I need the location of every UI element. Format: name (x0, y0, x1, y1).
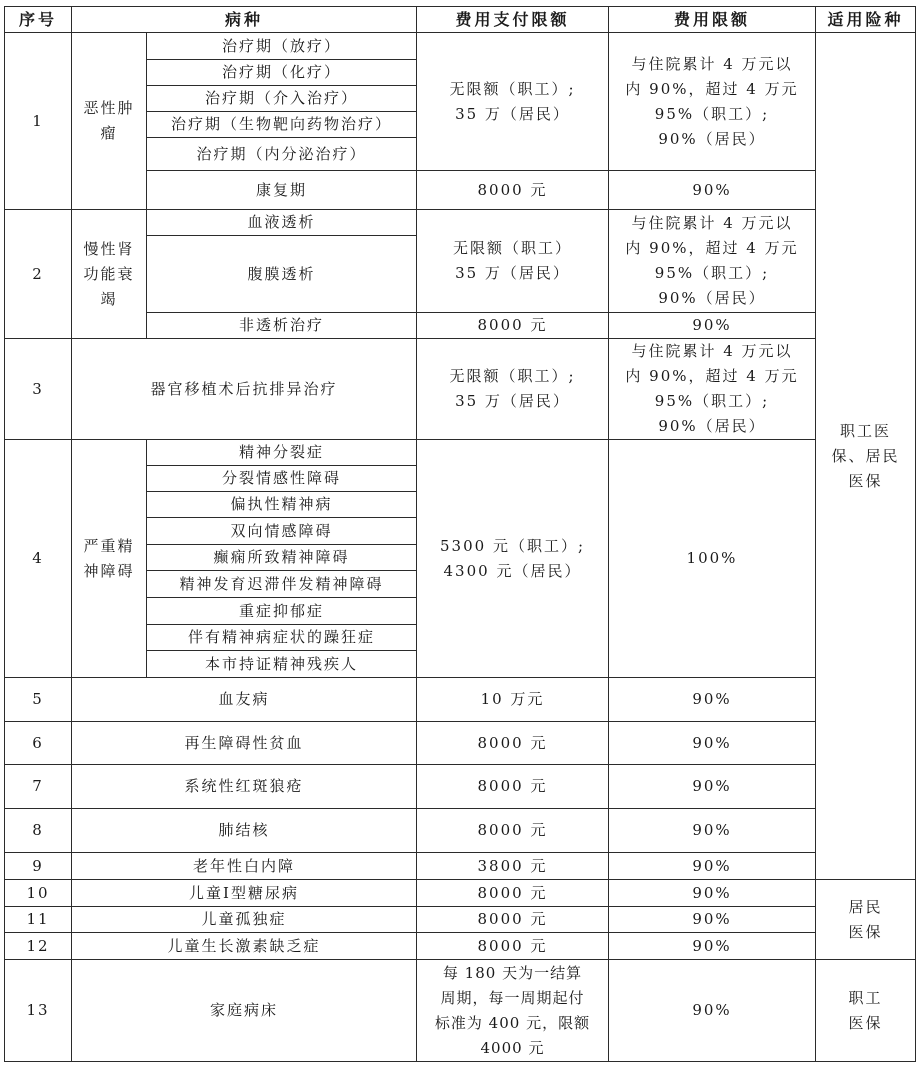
row-13-disease: 家庭病床 (71, 959, 417, 1062)
row-12-cost-limit: 90% (608, 932, 816, 960)
row-2-item-3: 非透析治疗 (146, 312, 417, 339)
row-1-rehab-payment-limit: 8000 元 (416, 170, 609, 210)
row-4-item-1: 精神分裂症 (146, 439, 417, 466)
row-12-seq: 12 (4, 932, 72, 960)
row-7-payment-limit: 8000 元 (416, 764, 609, 809)
row-13-cost-limit: 90% (608, 959, 816, 1062)
row-4-item-8: 伴有精神病症状的躁狂症 (146, 624, 417, 651)
row-13-seq: 13 (4, 959, 72, 1062)
row-5-disease: 血友病 (71, 677, 417, 722)
row-11-seq: 11 (4, 906, 72, 933)
row-1-item-2: 治疗期（化疗） (146, 59, 417, 86)
row-11-cost-limit: 90% (608, 906, 816, 933)
row-9-seq: 9 (4, 852, 72, 880)
row-2-other-cost-limit: 90% (608, 312, 816, 339)
row-7-disease: 系统性红斑狼疮 (71, 764, 417, 809)
row-4-cost-limit: 100% (608, 439, 816, 678)
header-disease: 病种 (71, 6, 417, 33)
row-1-category: 恶性肿 瘤 (71, 32, 147, 210)
row-4-payment-limit: 5300 元（职工）; 4300 元（居民） (416, 439, 609, 678)
row-1-item-1: 治疗期（放疗） (146, 32, 417, 60)
row-1-item-5: 治疗期（内分泌治疗） (146, 137, 417, 171)
row-2-item-1: 血液透析 (146, 209, 417, 236)
header-cost-limit: 费用限额 (608, 6, 816, 33)
row-1-rehab-cost-limit: 90% (608, 170, 816, 210)
header-seq: 序号 (4, 6, 72, 33)
row-2-category: 慢性肾 功能衰 竭 (71, 209, 147, 339)
row-1-item-4: 治疗期（生物靶向药物治疗） (146, 111, 417, 138)
row-9-cost-limit: 90% (608, 852, 816, 880)
header-insurance-type: 适用险种 (815, 6, 916, 33)
row-1-cost-limit: 与住院累计 4 万元以 内 90%，超过 4 万元 95%（职工）; 90%（居… (608, 32, 816, 171)
row-3-disease: 器官移植术后抗排异治疗 (71, 338, 417, 440)
row-7-cost-limit: 90% (608, 764, 816, 809)
row-11-disease: 儿童孤独症 (71, 906, 417, 933)
row-3-payment-limit: 无限额（职工）; 35 万（居民） (416, 338, 609, 440)
row-12-disease: 儿童生长激素缺乏症 (71, 932, 417, 960)
row-10-cost-limit: 90% (608, 879, 816, 907)
row-4-item-3: 偏执性精神病 (146, 491, 417, 518)
row-2-item-2: 腹膜透析 (146, 235, 417, 313)
row-4-seq: 4 (4, 439, 72, 678)
row-4-item-4: 双向情感障碍 (146, 517, 417, 545)
row-9-disease: 老年性白内障 (71, 852, 417, 880)
row-6-cost-limit: 90% (608, 721, 816, 765)
row-4-item-6: 精神发育迟滞伴发精神障碍 (146, 570, 417, 598)
row-8-payment-limit: 8000 元 (416, 808, 609, 853)
row-11-payment-limit: 8000 元 (416, 906, 609, 933)
row-6-disease: 再生障碍性贫血 (71, 721, 417, 765)
row-7-seq: 7 (4, 764, 72, 809)
row-1-item-3: 治疗期（介入治疗） (146, 85, 417, 112)
row-4-item-7: 重症抑郁症 (146, 597, 417, 625)
row-6-payment-limit: 8000 元 (416, 721, 609, 765)
row-8-seq: 8 (4, 808, 72, 853)
row-5-seq: 5 (4, 677, 72, 722)
row-10-disease: 儿童Ⅰ型糖尿病 (71, 879, 417, 907)
row-3-seq: 3 (4, 338, 72, 440)
row-5-payment-limit: 10 万元 (416, 677, 609, 722)
header-payment-limit: 费用支付限额 (416, 6, 609, 33)
row-4-item-5: 癫痫所致精神障碍 (146, 544, 417, 571)
row-9-payment-limit: 3800 元 (416, 852, 609, 880)
row-8-cost-limit: 90% (608, 808, 816, 853)
insurance-group-employee: 职工 医保 (815, 959, 916, 1062)
row-1-item-6: 康复期 (146, 170, 417, 210)
row-2-other-payment-limit: 8000 元 (416, 312, 609, 339)
row-2-cost-limit: 与住院累计 4 万元以 内 90%，超过 4 万元 95%（职工）; 90%（居… (608, 209, 816, 313)
insurance-group-resident: 居民 医保 (815, 879, 916, 960)
row-10-payment-limit: 8000 元 (416, 879, 609, 907)
row-6-seq: 6 (4, 721, 72, 765)
row-1-payment-limit: 无限额（职工）; 35 万（居民） (416, 32, 609, 171)
row-12-payment-limit: 8000 元 (416, 932, 609, 960)
row-1-seq: 1 (4, 32, 72, 210)
row-4-category: 严重精 神障碍 (71, 439, 147, 678)
row-4-item-2: 分裂情感性障碍 (146, 465, 417, 492)
row-13-payment-limit: 每 180 天为一结算 周期，每一周期起付 标准为 400 元，限额 4000 … (416, 959, 609, 1062)
row-8-disease: 肺结核 (71, 808, 417, 853)
row-5-cost-limit: 90% (608, 677, 816, 722)
row-3-cost-limit: 与住院累计 4 万元以 内 90%，超过 4 万元 95%（职工）; 90%（居… (608, 338, 816, 440)
row-2-payment-limit: 无限额（职工） 35 万（居民） (416, 209, 609, 313)
insurance-group-employee-resident: 职工医 保、居民 医保 (815, 32, 916, 880)
row-10-seq: 10 (4, 879, 72, 907)
row-4-item-9: 本市持证精神残疾人 (146, 650, 417, 678)
row-2-seq: 2 (4, 209, 72, 339)
